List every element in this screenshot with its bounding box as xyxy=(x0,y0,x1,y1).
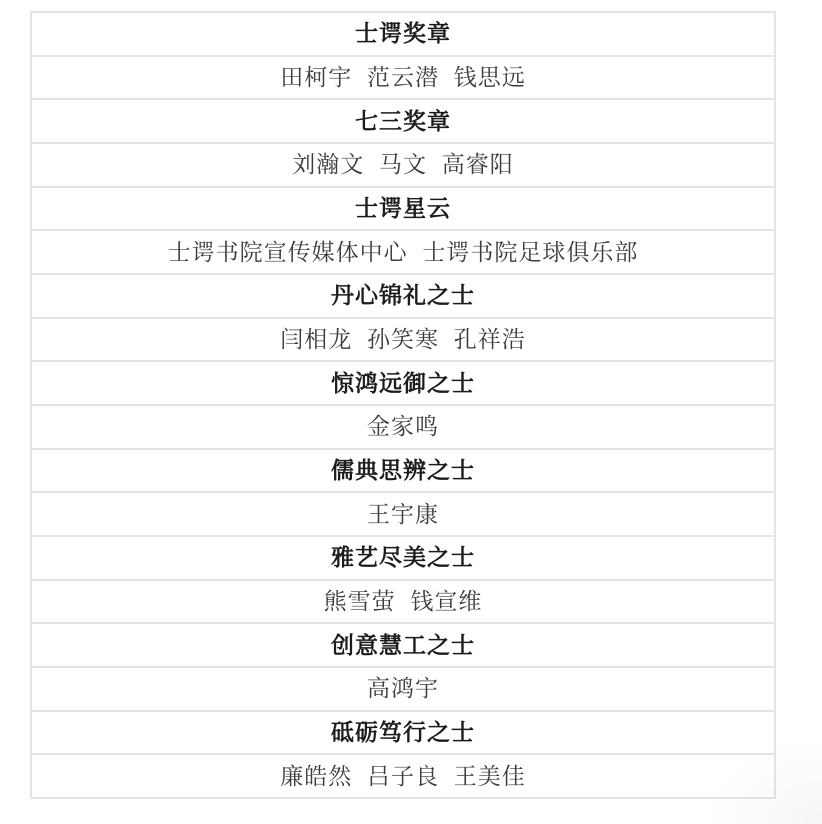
award-title-row: 创意慧工之士 xyxy=(32,624,774,668)
award-title-row: 士谔星云 xyxy=(32,188,774,232)
recipients-row: 闫相龙 孙笑寒 孔祥浩 xyxy=(32,319,774,363)
awards-table: 士谔奖章 田柯宇 范云潜 钱思远 七三奖章 刘瀚文 马文 高睿阳 士谔星云 士谔… xyxy=(30,11,776,799)
recipients-row: 廉皓然 吕子良 王美佳 xyxy=(32,755,774,797)
recipients-row: 刘瀚文 马文 高睿阳 xyxy=(32,144,774,188)
award-title-row: 砥砺笃行之士 xyxy=(32,712,774,756)
award-title-row: 七三奖章 xyxy=(32,100,774,144)
award-title-row: 儒典思辨之士 xyxy=(32,450,774,494)
recipients-row: 熊雪萤 钱宣维 xyxy=(32,581,774,625)
recipients-row: 田柯宇 范云潜 钱思远 xyxy=(32,57,774,101)
award-title-row: 丹心锦礼之士 xyxy=(32,275,774,319)
recipients-row: 高鸿宇 xyxy=(32,668,774,712)
recipients-row: 士谔书院宣传媒体中心 士谔书院足球俱乐部 xyxy=(32,231,774,275)
award-title-row: 雅艺尽美之士 xyxy=(32,537,774,581)
award-title-row: 士谔奖章 xyxy=(32,13,774,57)
recipients-row: 金家鸣 xyxy=(32,406,774,450)
award-title-row: 惊鸿远御之士 xyxy=(32,362,774,406)
recipients-row: 王宇康 xyxy=(32,493,774,537)
